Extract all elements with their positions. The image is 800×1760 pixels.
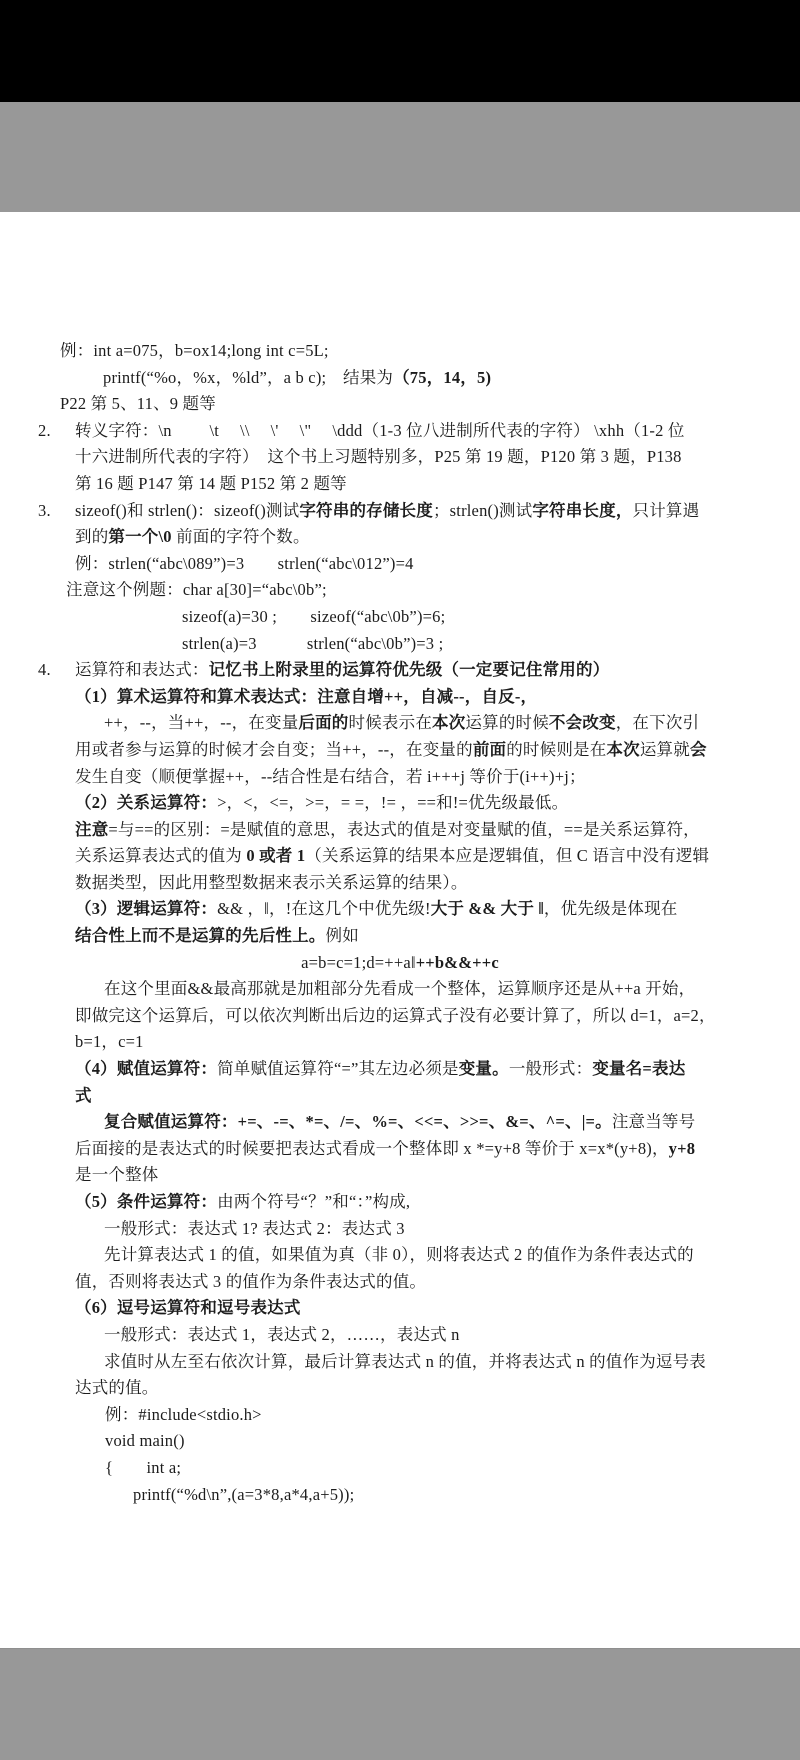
text-segment: 在这个里面&&最高那就是加粗部分先看成一个整体，运算顺序还是从++a 开始， <box>104 979 695 998</box>
doc-line: 式 <box>0 1083 800 1110</box>
text-segment: 例：#include<stdio.h> <box>105 1405 262 1424</box>
text-segment: 只计算遇 <box>633 501 700 520</box>
text-segment: 字符串的存储长度 <box>299 501 433 520</box>
text-segment: P22 第 5、11、9 题等 <box>60 394 216 413</box>
doc-line: 注意=与==的区别：=是赋值的意思，表达式的值是对变量赋的值，==是关系运算符， <box>0 817 800 844</box>
text-segment: 到的 <box>75 527 108 546</box>
text-segment: 先计算表达式 1 的值，如果值为真（非 0），则将表达式 2 的值作为条件表达式… <box>104 1245 694 1264</box>
text-segment: 本次 <box>606 740 639 759</box>
text-segment: 数据类型，因此用整型数据来表示关系运算的结果）。 <box>75 873 468 892</box>
text-segment: 一般形式： <box>509 1059 593 1078</box>
doc-line: 4.运算符和表达式：记忆书上附录里的运算符优先级（一定要记住常用的） <box>0 657 800 684</box>
text-segment: 运算符和表达式： <box>75 660 209 679</box>
text-segment: 第 16 题 P147 第 14 题 P152 第 2 题等 <box>75 474 347 493</box>
text-segment: b=1，c=1 <box>75 1032 144 1051</box>
doc-line: printf(“%o，%x，%ld”，a b c); 结果为（75，14，5) <box>0 365 800 392</box>
doc-line: 关系运算表达式的值为 0 或者 1（关系运算的结果本应是逻辑值，但 C 语言中没… <box>0 843 800 870</box>
text-segment: { int a; <box>105 1458 181 1477</box>
doc-line: （1）算术运算符和算术表达式：注意自增++，自减--，自反-， <box>0 684 800 711</box>
doc-line: 到的第一个\0 前面的字符个数。 <box>0 524 800 551</box>
text-segment: 例如 <box>326 926 359 945</box>
doc-line: 用或者参与运算的时候才会自变；当++，--，在变量的前面的时候则是在本次运算就会 <box>0 737 800 764</box>
doc-line: （3）逻辑运算符：&& ，‖，!在这几个中优先级!大于 && 大于 ‖，优先级是… <box>0 896 800 923</box>
text-segment: 本次 <box>432 713 465 732</box>
doc-line: 例：int a=075，b=ox14;long int c=5L; <box>0 338 800 365</box>
text-segment: （关系运算的结果本应是逻辑值，但 C 语言中没有逻辑 <box>305 846 709 865</box>
doc-line: 即做完这个运算后，可以依次判断出后边的运算式子没有必要计算了，所以 d=1，a=… <box>0 1003 800 1030</box>
text-segment: 求值时从左至右依次计算，最后计算表达式 n 的值，并将表达式 n 的值作为逗号表 <box>104 1352 706 1371</box>
text-segment: 十六进制所代表的字符） 这个书上习题特别多，P25 第 19 题，P120 第 … <box>75 447 682 466</box>
doc-line: strlen(a)=3 strlen(“abc\0b”)=3 ; <box>0 631 800 658</box>
text-segment: 值，否则将表达式 3 的值作为条件表达式的值。 <box>75 1272 426 1291</box>
text-segment: 前面的字符个数。 <box>172 527 310 546</box>
text-segment: 变量。 <box>459 1059 509 1078</box>
doc-line: （4）赋值运算符：简单赋值运算符“=”其左边必须是变量。一般形式：变量名=表达 <box>0 1056 800 1083</box>
doc-line: 数据类型，因此用整型数据来表示关系运算的结果）。 <box>0 870 800 897</box>
text-segment: ++，--，当++，--，在变量 <box>104 713 298 732</box>
doc-line: 求值时从左至右依次计算，最后计算表达式 n 的值，并将表达式 n 的值作为逗号表 <box>0 1349 800 1376</box>
text-segment: 时候表示在 <box>349 713 433 732</box>
text-segment: 第一个\0 <box>108 527 171 546</box>
text-segment: 后面接的是表达式的时候要把表达式看成一个整体即 x *=y+8 等价于 x=x*… <box>75 1139 669 1158</box>
text-segment: 发生自变（顺便掌握++，--结合性是右结合，若 i+++j 等价于(i++)+j… <box>75 767 586 786</box>
doc-line: 复合赋值运算符：+=、-=、*=、/=、%=、<<=、>>=、&=、^=、|=。… <box>0 1109 800 1136</box>
text-segment: a=b=c=1;d=++a‖ <box>301 953 416 972</box>
text-segment: ++b&&++c <box>416 953 499 972</box>
list-number: 3. <box>38 498 51 525</box>
doc-line: 先计算表达式 1 的值，如果值为真（非 0），则将表达式 2 的值作为条件表达式… <box>0 1242 800 1269</box>
doc-line: 达式的值。 <box>0 1375 800 1402</box>
doc-line: 2.转义字符：\n \t \\ \' \" \ddd（1-3 位八进制所代表的字… <box>0 418 800 445</box>
doc-line: { int a; <box>0 1455 800 1482</box>
text-segment: 由两个符号“？”和“：”构成, <box>217 1192 410 1211</box>
doc-line: 第 16 题 P147 第 14 题 P152 第 2 题等 <box>0 471 800 498</box>
doc-line: （6）逗号运算符和逗号表达式 <box>0 1295 800 1322</box>
text-segment: 注意这个例题：char a[30]=“abc\0b”; <box>66 580 327 599</box>
text-segment: sizeof(a)=30 ; sizeof(“abc\0b”)=6; <box>182 607 445 626</box>
text-segment: 简单赋值运算符“=”其左边必须是 <box>217 1059 459 1078</box>
top-black-bar <box>0 0 800 102</box>
text-segment: 达式的值。 <box>75 1378 159 1397</box>
text-segment: sizeof()和 strlen()：sizeof()测试 <box>75 501 299 520</box>
text-segment: 关系运算表达式的值为 <box>75 846 246 865</box>
text-segment: 会 <box>690 740 707 759</box>
text-segment: 注意 <box>75 820 108 839</box>
text-segment: 注意当等号 <box>612 1112 696 1131</box>
text-segment: 不会改变 <box>549 713 616 732</box>
text-segment: 结合性上而不是运算的先后性上。 <box>75 926 326 945</box>
text-segment: （75，14，5) <box>393 368 491 387</box>
text-segment: ，在下次引 <box>616 713 700 732</box>
doc-line: （5）条件运算符：由两个符号“？”和“：”构成, <box>0 1189 800 1216</box>
text-segment: （6）逗号运算符和逗号表达式 <box>75 1298 301 1317</box>
doc-line: a=b=c=1;d=++a‖++b&&++c <box>0 950 800 977</box>
doc-line: 是一个整体 <box>0 1162 800 1189</box>
text-segment: （4）赋值运算符： <box>75 1059 217 1078</box>
text-segment: 的时候则是在 <box>506 740 606 759</box>
viewer-background-top <box>0 102 800 213</box>
doc-line: 值，否则将表达式 3 的值作为条件表达式的值。 <box>0 1269 800 1296</box>
document-page[interactable]: 例：int a=075，b=ox14;long int c=5L;printf(… <box>0 212 800 1648</box>
doc-line: （2）关系运算符：>，<，<=，>=，= =，!= ，==和!=优先级最低。 <box>0 790 800 817</box>
text-segment: 复合赋值运算符：+=、-=、*=、/=、%=、<<=、>>=、&=、^=、|=。 <box>104 1112 612 1131</box>
text-segment: 一般形式：表达式 1? 表达式 2：表达式 3 <box>104 1219 405 1238</box>
document-content: 例：int a=075，b=ox14;long int c=5L;printf(… <box>0 338 800 1508</box>
text-segment: 0 或者 1 <box>246 846 305 865</box>
list-number: 2. <box>38 418 51 445</box>
doc-line: printf(“%d\n”,(a=3*8,a*4,a+5)); <box>0 1482 800 1509</box>
text-segment: >，<，<=，>=，= =，!= ，==和!=优先级最低。 <box>217 793 568 812</box>
text-segment: （3）逻辑运算符： <box>75 899 217 918</box>
text-segment: 即做完这个运算后，可以依次判断出后边的运算式子没有必要计算了，所以 d=1，a=… <box>75 1006 716 1025</box>
doc-line: 注意这个例题：char a[30]=“abc\0b”; <box>0 577 800 604</box>
text-segment: 运算就 <box>640 740 690 759</box>
doc-line: 3.sizeof()和 strlen()：sizeof()测试字符串的存储长度；… <box>0 498 800 525</box>
doc-line: 发生自变（顺便掌握++，--结合性是右结合，若 i+++j 等价于(i++)+j… <box>0 764 800 791</box>
doc-line: P22 第 5、11、9 题等 <box>0 391 800 418</box>
list-number: 4. <box>38 657 51 684</box>
doc-line: 后面接的是表达式的时候要把表达式看成一个整体即 x *=y+8 等价于 x=x*… <box>0 1136 800 1163</box>
text-segment: 记忆书上附录里的运算符优先级（一定要记住常用的） <box>209 660 610 679</box>
text-segment: void main() <box>105 1431 185 1450</box>
text-segment: 后面的 <box>298 713 348 732</box>
doc-line: 一般形式：表达式 1? 表达式 2：表达式 3 <box>0 1216 800 1243</box>
text-segment: 用或者参与运算的时候才会自变；当++，--，在变量的 <box>75 740 473 759</box>
text-segment: （1）算术运算符和算术表达式：注意自增++，自减--，自反-， <box>75 687 537 706</box>
doc-line: b=1，c=1 <box>0 1029 800 1056</box>
text-segment: （2）关系运算符： <box>75 793 217 812</box>
text-segment: 字符串长度， <box>532 501 632 520</box>
text-segment: y+8 <box>669 1139 696 1158</box>
doc-line: void main() <box>0 1428 800 1455</box>
text-segment: 例：int a=075，b=ox14;long int c=5L; <box>60 341 329 360</box>
text-segment: 大于 && 大于 ‖ <box>431 899 544 918</box>
doc-line: 十六进制所代表的字符） 这个书上习题特别多，P25 第 19 题，P120 第 … <box>0 444 800 471</box>
text-segment: =与==的区别：=是赋值的意思，表达式的值是对变量赋的值，==是关系运算符， <box>108 820 699 839</box>
doc-line: sizeof(a)=30 ; sizeof(“abc\0b”)=6; <box>0 604 800 631</box>
text-segment: ，优先级是体现在 <box>544 899 678 918</box>
doc-line: 一般形式：表达式 1，表达式 2，……，表达式 n <box>0 1322 800 1349</box>
text-segment: && ，‖，!在这几个中优先级! <box>217 899 431 918</box>
text-segment: printf(“%o，%x，%ld”，a b c); 结果为 <box>103 368 393 387</box>
doc-line: 结合性上而不是运算的先后性上。例如 <box>0 923 800 950</box>
doc-line: 在这个里面&&最高那就是加粗部分先看成一个整体，运算顺序还是从++a 开始， <box>0 976 800 1003</box>
doc-line: 例：strlen(“abc\089”)=3 strlen(“abc\012”)=… <box>0 551 800 578</box>
text-segment: 一般形式：表达式 1，表达式 2，……，表达式 n <box>104 1325 460 1344</box>
text-segment: 式 <box>75 1086 92 1105</box>
text-segment: printf(“%d\n”,(a=3*8,a*4,a+5)); <box>133 1485 354 1504</box>
text-segment: 转义字符：\n \t \\ \' \" \ddd（1-3 位八进制所代表的字符）… <box>75 421 685 440</box>
viewer-background-bottom <box>0 1648 800 1760</box>
doc-line: 例：#include<stdio.h> <box>0 1402 800 1429</box>
text-segment: （5）条件运算符： <box>75 1192 217 1211</box>
text-segment: 运算的时候 <box>465 713 549 732</box>
text-segment: 变量名=表达 <box>592 1059 685 1078</box>
text-segment: 前面 <box>473 740 506 759</box>
text-segment: ；strlen()测试 <box>433 501 532 520</box>
text-segment: 是一个整体 <box>75 1165 159 1184</box>
text-segment: strlen(a)=3 strlen(“abc\0b”)=3 ; <box>182 634 443 653</box>
text-segment: 例：strlen(“abc\089”)=3 strlen(“abc\012”)=… <box>75 554 414 573</box>
doc-line: ++，--，当++，--，在变量后面的时候表示在本次运算的时候不会改变，在下次引 <box>0 710 800 737</box>
